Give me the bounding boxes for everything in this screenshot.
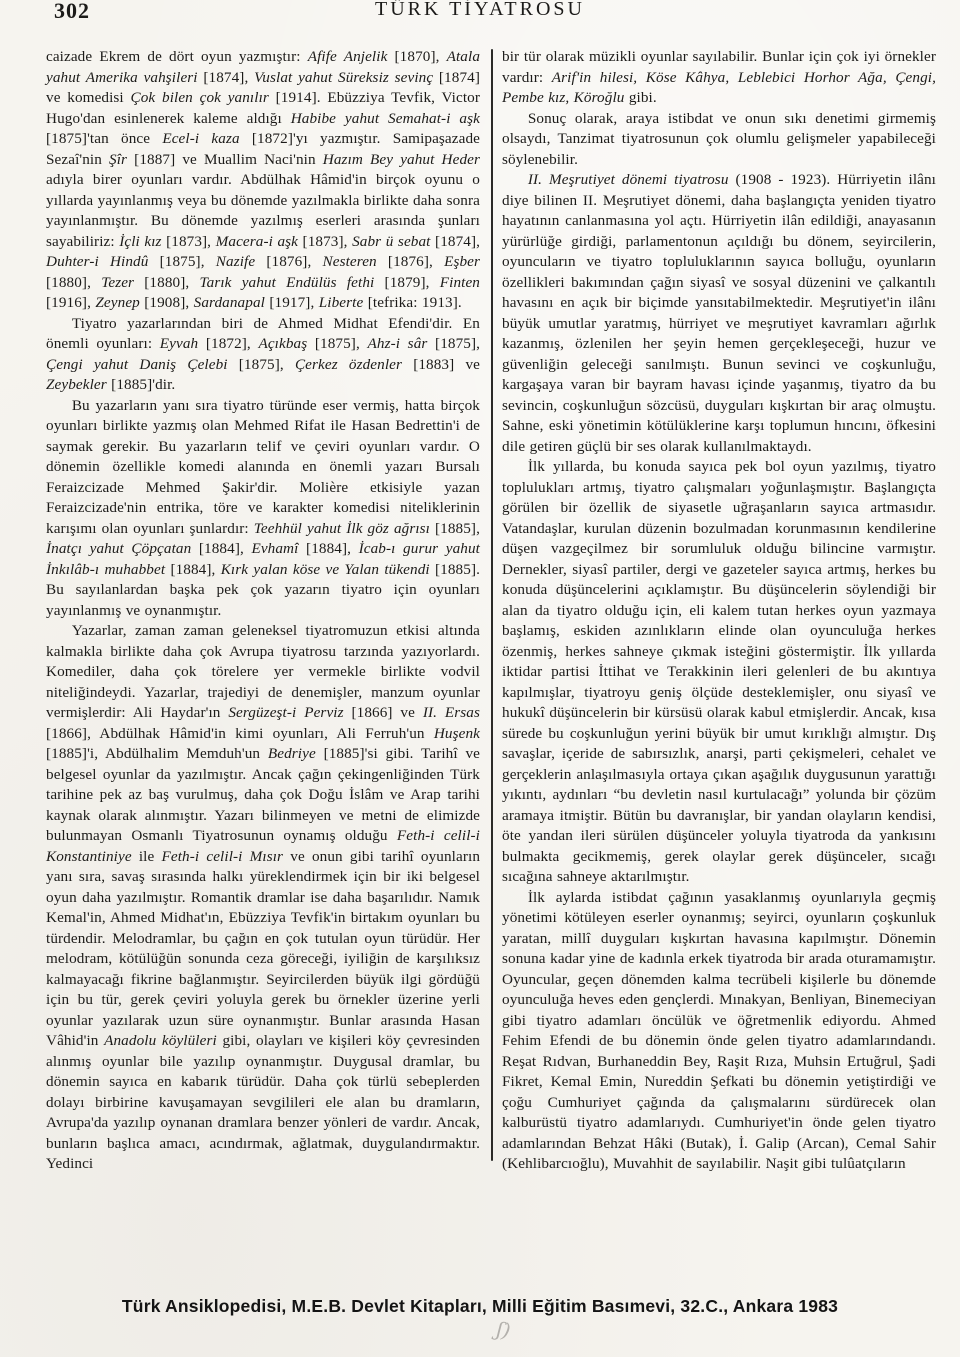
imprint-line: Türk Ansiklopedisi, M.E.B. Devlet Kitapl… <box>0 1296 960 1317</box>
paragraph: İlk aylarda istibdat çağının yasaklanmış… <box>502 888 936 1175</box>
encyclopedia-page: 302 TÜRK TİYATROSU caizade Ekrem de dört… <box>0 0 960 1357</box>
paragraph: Tiyatro yazarlarından biri de Ahmed Midh… <box>46 314 480 396</box>
paragraph: II. Meşrutiyet dönemi tiyatrosu (1908 - … <box>502 170 936 457</box>
running-title: TÜRK TİYATROSU <box>0 0 960 21</box>
paragraph: Bu yazarların yanı sıra tiyatro türünde … <box>46 396 480 622</box>
paragraph: bir tür olarak müzikli oyunlar sayılabil… <box>502 47 936 109</box>
paragraph: Sonuç olarak, araya istibdat ve onun sık… <box>502 109 936 171</box>
left-column: caizade Ekrem de dört oyun yazmıştır: Af… <box>46 47 480 1175</box>
paragraph: Yazarlar, zaman zaman geleneksel tiyatro… <box>46 621 480 1175</box>
right-column: bir tür olarak müzikli oyunlar sayılabil… <box>502 47 936 1175</box>
pen-mark: ʃ) <box>495 1317 513 1343</box>
paragraph: caizade Ekrem de dört oyun yazmıştır: Af… <box>46 47 480 314</box>
column-divider-rule <box>491 49 493 1161</box>
paragraph: İlk yıllarda, bu konuda sayıca pek bol o… <box>502 457 936 888</box>
article-body: caizade Ekrem de dört oyun yazmıştır: Af… <box>46 47 940 1175</box>
page-header: 302 TÜRK TİYATROSU <box>0 0 960 42</box>
